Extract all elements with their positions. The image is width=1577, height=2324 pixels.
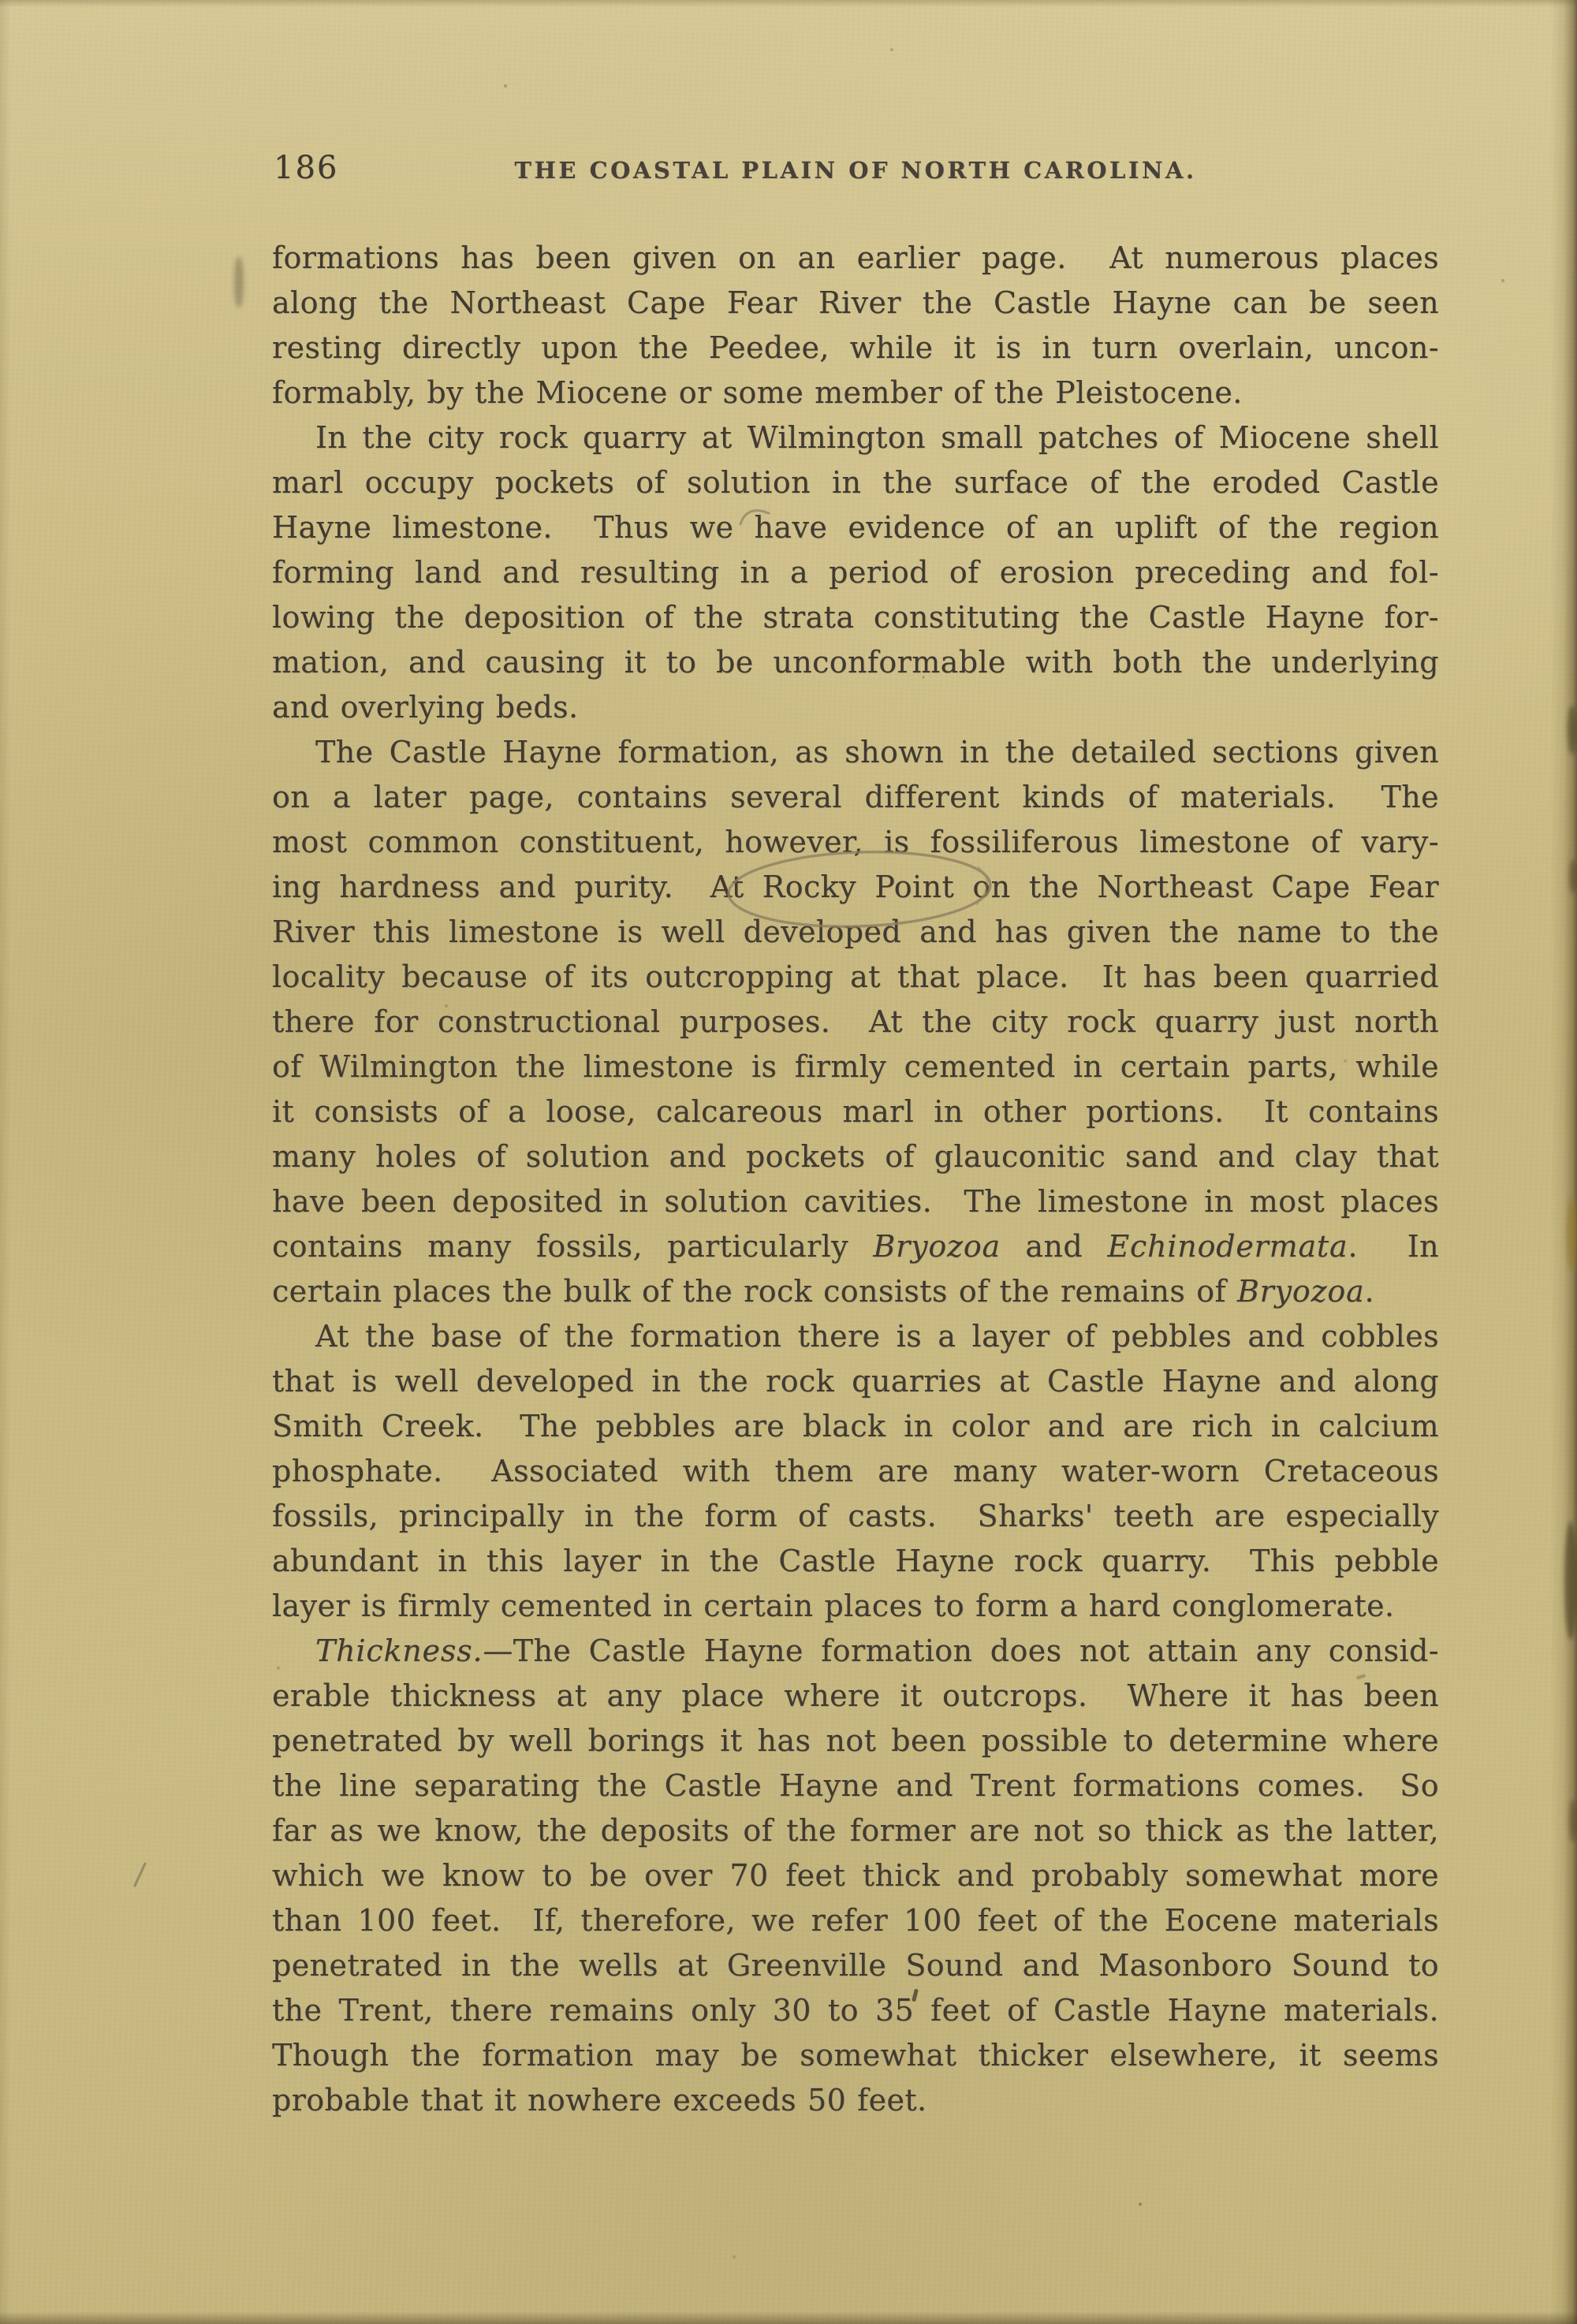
text-line: ing hardness and purity. At Rocky Point … [272, 865, 1439, 910]
margin-slash-annotation [129, 1860, 151, 1890]
text-line: than 100 feet. If, therefore, we refer 1… [272, 1898, 1439, 1943]
margin-smudge [234, 257, 244, 307]
text-line: far as we know, the deposits of the form… [272, 1808, 1439, 1853]
edge-stain [1564, 1521, 1577, 1640]
text-line: contains many fossils, particularly Bryo… [272, 1224, 1439, 1269]
running-header: THE COASTAL PLAIN OF NORTH CAROLINA. [272, 157, 1439, 184]
text-line: Hayne limestone. Thus we have evidence o… [272, 505, 1439, 550]
paragraph: formations has been given on an earlier … [272, 236, 1439, 415]
text-line: probable that it nowhere exceeds 50 feet… [272, 2078, 1439, 2123]
binding-edge-shadow [1550, 0, 1577, 2324]
scanned-book-page: 186 THE COASTAL PLAIN OF NORTH CAROLINA.… [0, 0, 1577, 2324]
top-edge-shadow [0, 0, 1577, 7]
text-line: certain places the bulk of the rock cons… [272, 1269, 1439, 1314]
text-line: Smith Creek. The pebbles are black in co… [272, 1404, 1439, 1449]
text-line: formations has been given on an earlier … [272, 236, 1439, 281]
text-line: penetrated in the wells at Greenville So… [272, 1943, 1439, 1988]
text-line: phosphate. Associated with them are many… [272, 1449, 1439, 1494]
text-line: layer is firmly cemented in certain plac… [272, 1584, 1439, 1629]
text-line: mation, and causing it to be unconformab… [272, 640, 1439, 685]
text-line: which we know to be over 70 feet thick a… [272, 1853, 1439, 1898]
left-edge-shadow [0, 0, 11, 2324]
paragraph: At the base of the formation there is a … [272, 1314, 1439, 1629]
text-line: the Trent, there remains only 30 to 35 f… [272, 1988, 1439, 2033]
bottom-edge-shadow [0, 2311, 1577, 2324]
paragraph: Thickness.—The Castle Hayne formation do… [272, 1629, 1439, 2123]
text-line: marl occupy pockets of solution in the s… [272, 460, 1439, 505]
edge-stain [1569, 859, 1577, 894]
text-line: In the city rock quarry at Wilmington sm… [272, 415, 1439, 460]
text-line: abundant in this layer in the Castle Hay… [272, 1539, 1439, 1584]
text-block: formations has been given on an earlier … [272, 236, 1439, 2123]
text-line: on a later page, contains several differ… [272, 775, 1439, 820]
text-line: resting directly upon the Peedee, while … [272, 326, 1439, 371]
text-line: of Wilmington the limestone is firmly ce… [272, 1045, 1439, 1089]
text-line: formably, by the Miocene or some member … [272, 371, 1439, 415]
edge-stain [1569, 1799, 1577, 1842]
text-line: there for constructional purposes. At th… [272, 1000, 1439, 1045]
paragraph: In the city rock quarry at Wilmington sm… [272, 415, 1439, 730]
text-line: Thickness.—The Castle Hayne formation do… [272, 1629, 1439, 1674]
text-line: At the base of the formation there is a … [272, 1314, 1439, 1359]
text-line: The Castle Hayne formation, as shown in … [272, 730, 1439, 775]
paragraph: The Castle Hayne formation, as shown in … [272, 730, 1439, 1314]
text-line: have been deposited in solution cavities… [272, 1179, 1439, 1224]
text-line: it consists of a loose, calcareous marl … [272, 1089, 1439, 1134]
text-line: fossils, principally in the form of cast… [272, 1494, 1439, 1539]
text-line: and overlying beds. [272, 685, 1439, 730]
text-line: that is well developed in the rock quarr… [272, 1359, 1439, 1404]
text-line: River this limestone is well developed a… [272, 910, 1439, 955]
text-line: lowing the deposition of the strata cons… [272, 595, 1439, 640]
text-line: forming land and resulting in a period o… [272, 550, 1439, 595]
text-line: most common constituent, however, is fos… [272, 820, 1439, 865]
text-line: locality because of its outcropping at t… [272, 955, 1439, 1000]
text-line: Though the formation may be somewhat thi… [272, 2033, 1439, 2078]
edge-stain [1567, 1198, 1577, 1271]
text-line: many holes of solution and pockets of gl… [272, 1134, 1439, 1179]
text-line: erable thickness at any place where it o… [272, 1674, 1439, 1719]
text-line: along the Northeast Cape Fear River the … [272, 281, 1439, 326]
text-line: the line separating the Castle Hayne and… [272, 1763, 1439, 1808]
text-line: penetrated by well borings it has not be… [272, 1719, 1439, 1763]
edge-stain [1568, 706, 1577, 754]
